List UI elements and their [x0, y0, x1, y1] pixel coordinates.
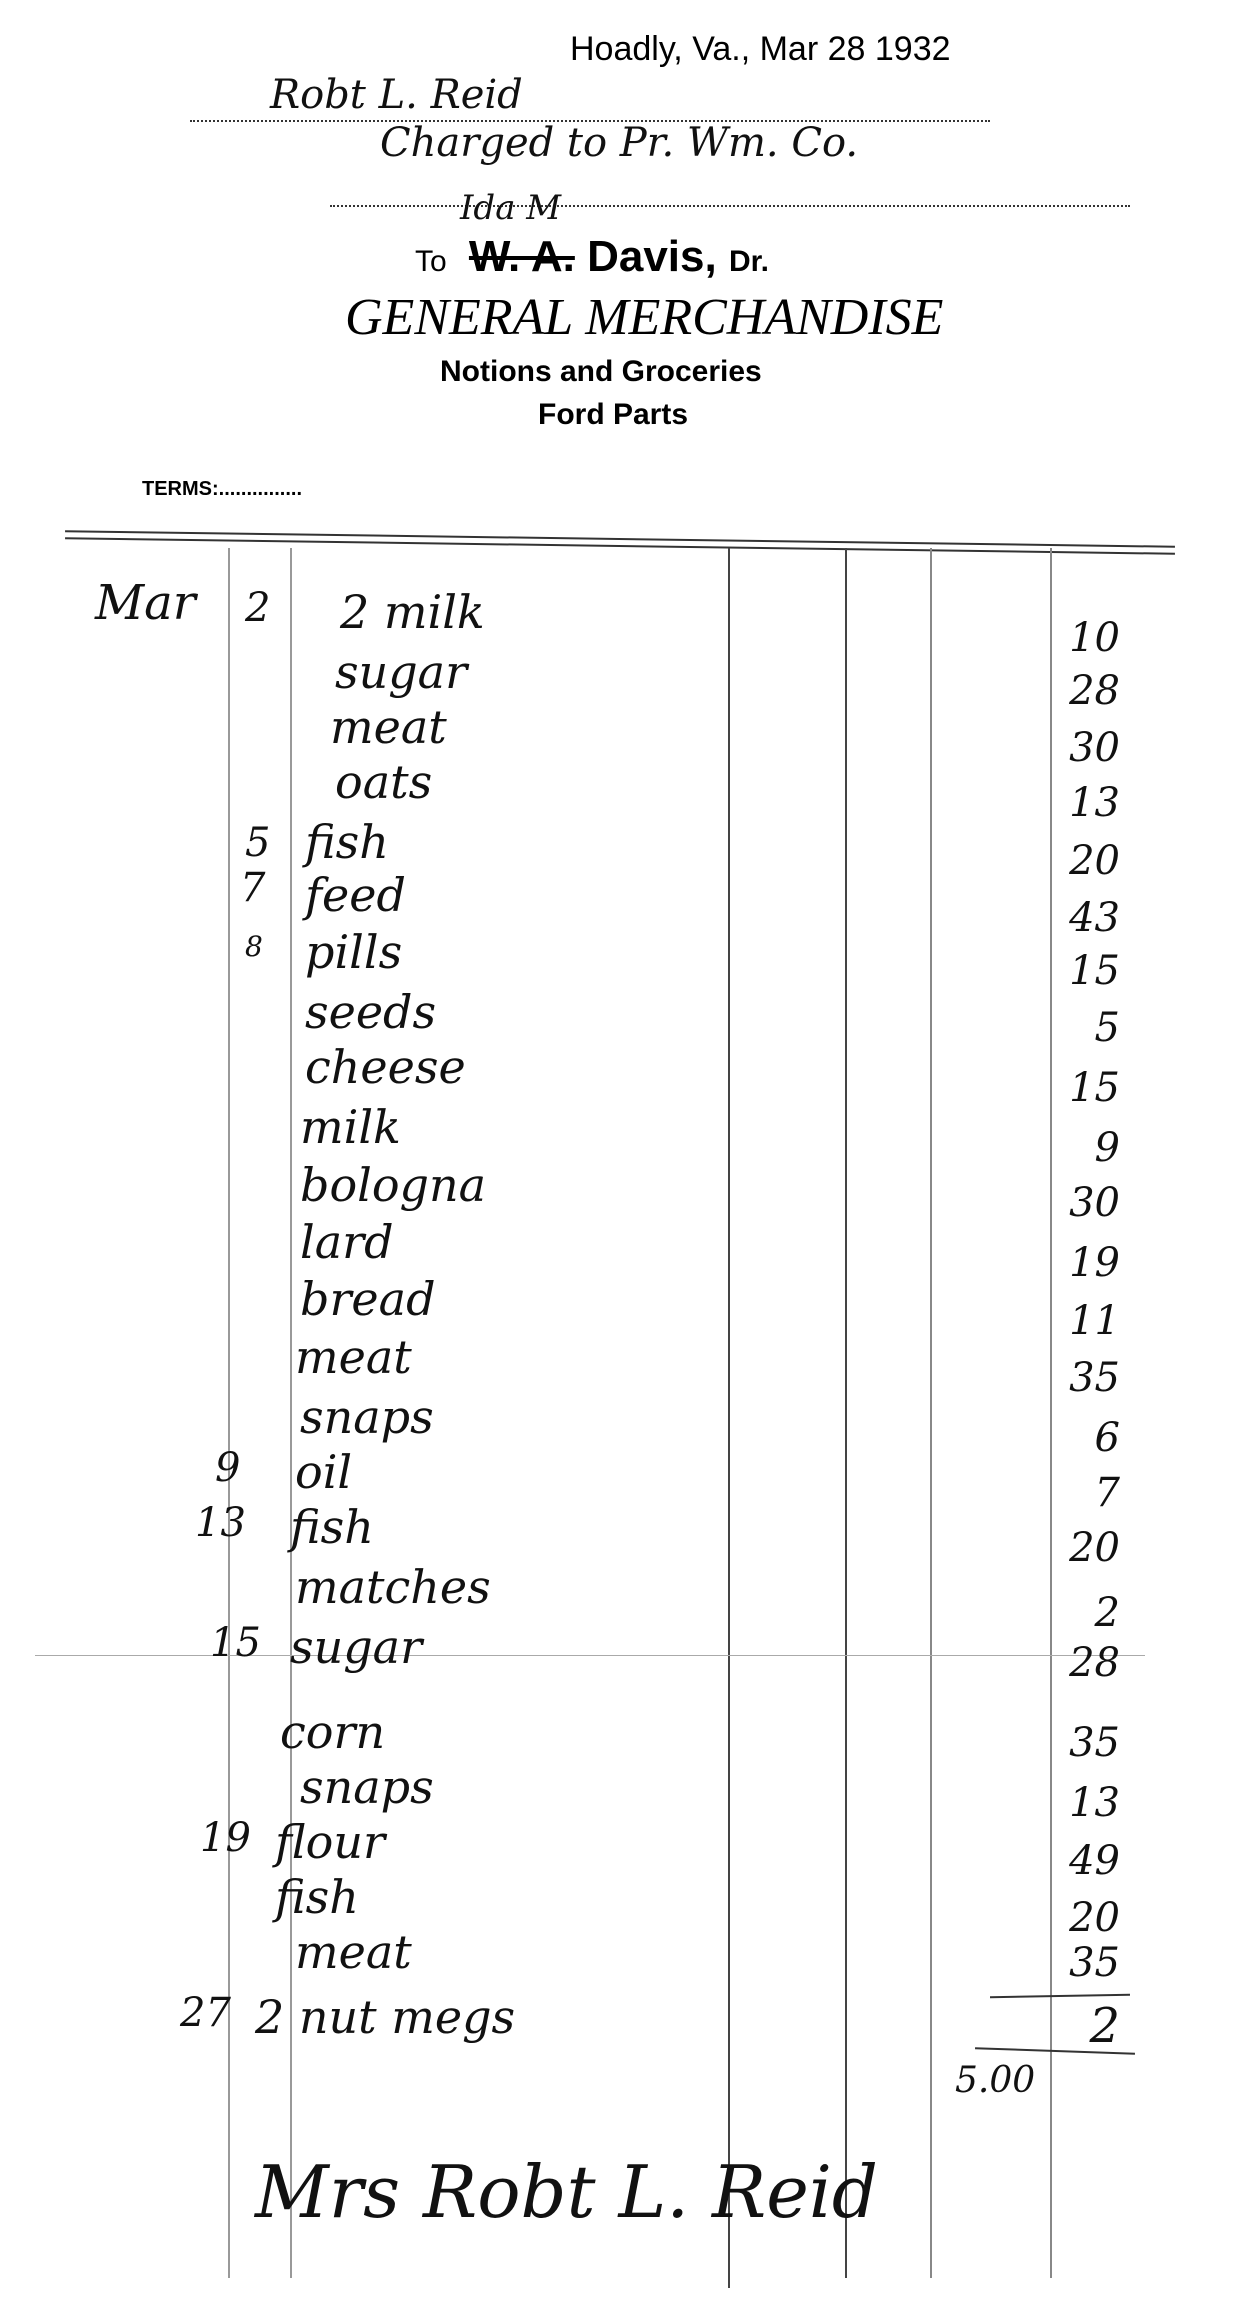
row-amount: 9 — [990, 1125, 1120, 1171]
customer-signature: Mrs Robt L. Reid — [255, 2150, 878, 2234]
row-item: fish — [305, 815, 389, 869]
row-item: meat — [295, 1925, 412, 1979]
row-amount: 49 — [990, 1838, 1120, 1884]
ledger-col-a — [728, 548, 730, 2288]
row-item: milk — [300, 1100, 401, 1154]
row-item: snaps — [300, 1760, 434, 1814]
row-day: 19 — [200, 1815, 251, 1861]
dr-label: Dr. — [729, 245, 769, 278]
row-amount: 11 — [990, 1298, 1120, 1344]
row-item: pills — [305, 925, 402, 979]
charge-note: Charged to Pr. Wm. Co. — [380, 120, 858, 166]
row-item: matches — [295, 1560, 491, 1614]
row-amount: 7 — [990, 1470, 1120, 1516]
customer-name: Robt L. Reid — [270, 72, 523, 118]
row-day: 7 — [240, 865, 265, 911]
ledger-col-b — [845, 548, 847, 2278]
row-item: cheese — [305, 1040, 466, 1094]
proprietor-handwritten: Ida M — [460, 188, 561, 228]
row-amount: 20 — [990, 1525, 1120, 1571]
row-day: 13 — [195, 1500, 246, 1546]
row-item: oats — [335, 755, 432, 809]
row-item: sugar — [335, 645, 467, 699]
row-amount: 28 — [990, 668, 1120, 714]
row-amount: 15 — [990, 1065, 1120, 1111]
proprietor-surname: Davis, — [587, 232, 717, 281]
row-item: fish — [275, 1870, 359, 1924]
row-amount: 30 — [990, 1180, 1120, 1226]
row-amount: 2 — [990, 1590, 1120, 1636]
row-amount: 15 — [990, 948, 1120, 994]
row-day: 8 — [245, 930, 263, 963]
row-amount: 13 — [990, 1780, 1120, 1826]
row-day: 15 — [210, 1620, 261, 1666]
row-item: 2 milk — [340, 585, 485, 639]
row-day: 2 — [245, 585, 270, 631]
row-amount: 20 — [990, 1895, 1120, 1941]
row-amount: 5 — [990, 1005, 1120, 1051]
proprietor-struck: W. A. — [469, 232, 575, 281]
row-amount: 10 — [990, 615, 1120, 661]
place-date-line: Hoadly, Va., Mar 28 1932 — [570, 30, 951, 69]
row-item: bread — [300, 1272, 436, 1326]
row-item: meat — [330, 700, 447, 754]
ledger-mid-rule — [35, 1655, 1145, 1656]
row-item: fish — [290, 1500, 374, 1554]
row-day: 27 — [180, 1990, 231, 2036]
row-item: flour — [275, 1815, 385, 1869]
row-item: sugar — [290, 1620, 422, 1674]
charge-dotted-line — [330, 205, 1130, 207]
row-amount: 2 — [990, 1998, 1120, 2054]
terms-label: TERMS:............... — [142, 478, 302, 501]
row-amount: 43 — [990, 895, 1120, 941]
row-item: bologna — [300, 1158, 486, 1212]
row-day: 5 — [245, 820, 270, 866]
row-item: lard — [300, 1215, 394, 1269]
row-item: meat — [295, 1330, 412, 1384]
business-line-3: Ford Parts — [538, 398, 688, 432]
row-day: 9 — [215, 1445, 240, 1491]
row-amount: 28 — [990, 1640, 1120, 1686]
row-item: 2 nut megs — [255, 1990, 515, 2044]
business-title: GENERAL MERCHANDISE — [345, 288, 943, 347]
row-amount: 13 — [990, 780, 1120, 826]
proprietor-line: To W. A. Davis, Dr. — [415, 232, 769, 282]
row-item: snaps — [300, 1390, 434, 1444]
ledger-total: 5.00 — [955, 2060, 1035, 2101]
business-line-2: Notions and Groceries — [440, 355, 762, 389]
row-amount: 19 — [990, 1240, 1120, 1286]
row-item: corn — [280, 1705, 385, 1759]
row-item: seeds — [305, 985, 436, 1039]
row-item: oil — [295, 1445, 352, 1499]
row-item: feed — [305, 868, 406, 922]
row-amount: 20 — [990, 838, 1120, 884]
row-amount: 35 — [990, 1720, 1120, 1766]
row-amount: 30 — [990, 725, 1120, 771]
row-amount: 35 — [990, 1940, 1120, 1986]
ledger-month: Mar — [95, 575, 196, 631]
row-amount: 35 — [990, 1355, 1120, 1401]
to-label: To — [415, 245, 447, 278]
ledger-col-c — [930, 548, 932, 2278]
row-amount: 6 — [990, 1415, 1120, 1461]
